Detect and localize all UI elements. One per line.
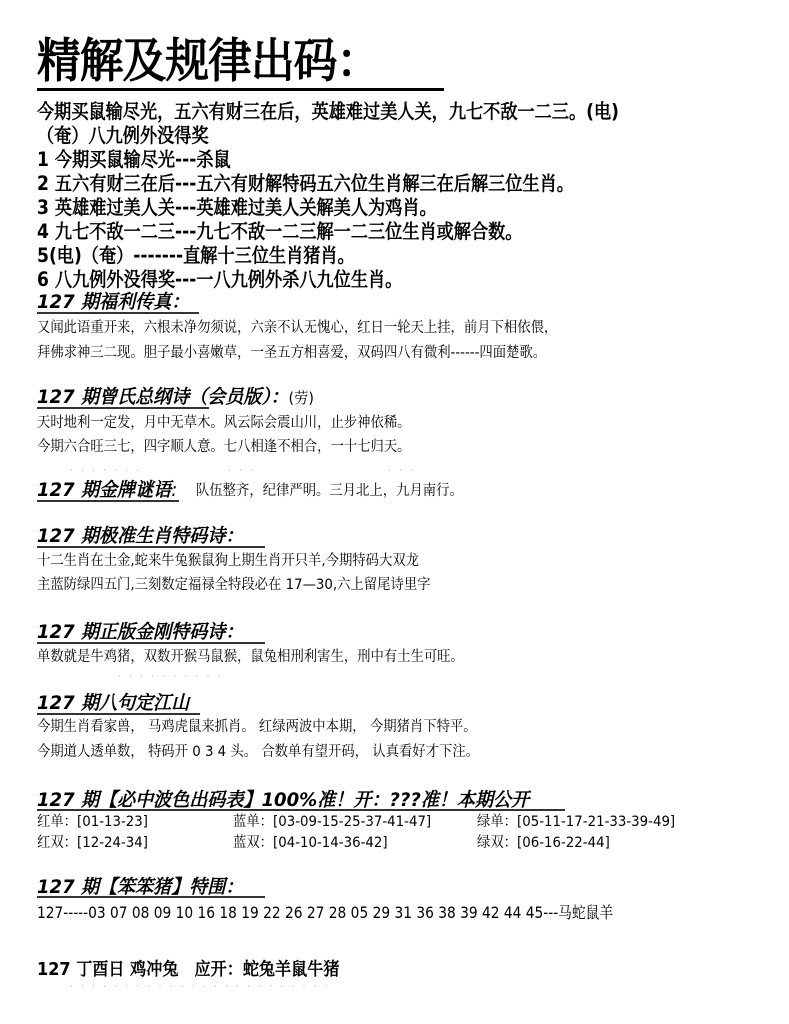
section-heading-jizhun: 127 期极准生肖特码诗： (37, 525, 243, 547)
jinpai-heading-text: 127 期金牌谜语 (37, 479, 171, 501)
wave-label: 红单： (37, 814, 77, 830)
rule-item-2: 2 五六有财三在后---五六有财解特码五六位生肖解三在后解三位生肖。 (37, 172, 574, 196)
wave-label: 绿双： (477, 835, 517, 851)
intro-line-2: （奄）八九例外没得奖 (37, 124, 209, 148)
wave-value: [01-13-23] (77, 814, 148, 830)
title-underline (37, 88, 444, 91)
heading-underline (37, 407, 209, 409)
decorative-dots: · · · (228, 466, 256, 475)
footer-line: 127 丁酉日 鸡冲兔 应开：蛇兔羊鼠牛猪 (37, 959, 339, 981)
section-heading-fuli: 127 期福利传真： (37, 291, 189, 313)
bajv-line-2: 今期道人透单数， 特码开 0 3 4 头。 合数单有望开码， 认真看好才下注。 (37, 742, 479, 762)
section-heading-bose: 127 期【必中波色出码表】100%准！开：???准！本期公开 (37, 789, 529, 811)
intro-line-1: 今期买鼠输尽光，五六有财三在后，英雄难过美人关，九七不敌一二三。(电) (37, 100, 619, 124)
jingang-line-1: 单数就是牛鸡猪，双数开猴马鼠猴，鼠兔相刑利害生，刑中有土生可旺。 (37, 647, 464, 667)
section-heading-jinpai: 127 期金牌谜语: (37, 479, 177, 501)
zengshi-line-1: 天时地利一定发，月中无草木。风云际会震山川，止步神依稀。 (37, 413, 411, 433)
heading-underline (37, 312, 199, 314)
section-heading-bajv: 127 期八句定江山 (37, 692, 189, 714)
jizhun-line-2: 主蓝防绿四五门,三刻数定福禄全特段必在 17—30,六上留尾诗里字 (37, 575, 431, 595)
wave-value: [04-10-14-36-42] (273, 835, 388, 851)
jinpai-text: 队伍整齐，纪律严明。三月北上，九月南行。 (196, 481, 463, 501)
fuli-line-2: 拜佛求神三二现。胆子最小喜嫩草，一圣五方相喜爱，双码四八有微利------四面楚… (37, 343, 546, 363)
page-title: 精解及规律出码： (37, 36, 379, 88)
rule-item-6: 6 八九例外没得奖---一八九例外杀八九位生肖。 (37, 268, 402, 292)
wave-green-even: 绿双：[06-16-22-44] (477, 833, 610, 853)
wave-green-odd: 绿单：[05-11-17-21-33-39-49] (477, 812, 675, 832)
decorative-dots: · · · (388, 466, 416, 475)
jizhun-line-1: 十二生肖在土金,蛇来牛兔猴鼠狗上期生肖开只羊,今期特码大双龙 (37, 551, 419, 571)
decorative-dots: · · · · · · · · · · · · · · · · · · · · … (70, 982, 331, 991)
decorative-dots: · · · · · · · · · · (118, 672, 223, 681)
wave-blue-even: 蓝双：[04-10-14-36-42] (233, 833, 388, 853)
wave-value: [06-16-22-44] (517, 835, 610, 851)
wave-label: 绿单： (477, 814, 517, 830)
section-heading-jingang: 127 期正版金刚特码诗： (37, 621, 243, 643)
bajv-line-1: 今期生肖看家兽， 马鸡虎鼠来抓肖。 红绿两波中本期， 今期猪肖下特平。 (37, 717, 477, 737)
wave-red-even: 红双：[12-24-34] (37, 833, 148, 853)
rule-item-5: 5(电)（奄）-------直解十三位生肖猪肖。 (37, 244, 355, 268)
rule-item-1: 1 今期买鼠输尽光---杀鼠 (37, 148, 231, 172)
benzhu-numbers: 127-----03 07 08 09 10 16 18 19 22 26 27… (37, 903, 613, 923)
heading-underline (37, 713, 200, 715)
wave-label: 红双： (37, 835, 77, 851)
section-heading-zengshi: 127 期曾氏总纲诗（会员版）：(劳) (37, 386, 314, 409)
rule-item-3: 3 英雄难过美人关---英雄难过美人关解美人为鸡肖。 (37, 196, 437, 220)
zengshi-heading-text: 127 期曾氏总纲诗（会员版）： (37, 386, 289, 408)
wave-value: [12-24-34] (77, 835, 148, 851)
heading-underline (37, 546, 265, 548)
section-heading-benzhu: 127 期【笨笨猪】特围： (37, 876, 243, 898)
heading-underline (37, 500, 179, 502)
wave-blue-odd: 蓝单：[03-09-15-25-37-41-47] (233, 812, 431, 832)
wave-red-odd: 红单：[01-13-23] (37, 812, 148, 832)
jinpai-colon: : (171, 479, 177, 501)
wave-label: 蓝单： (233, 814, 273, 830)
heading-underline (37, 809, 565, 811)
wave-value: [05-11-17-21-33-39-49] (517, 814, 675, 830)
rule-item-4: 4 九七不敌一二三---九七不敌一二三解一二三位生肖或解合数。 (37, 220, 522, 244)
heading-underline (37, 896, 265, 898)
wave-value: [03-09-15-25-37-41-47] (273, 814, 431, 830)
heading-underline (37, 642, 265, 644)
wave-label: 蓝双： (233, 835, 273, 851)
fuli-line-1: 又闻此语重开来，六根未净勿须说，六亲不认无愧心，红日一轮天上挂，前月下相依偎， (37, 318, 557, 338)
zengshi-line-2: 今期六合旺三七，四字顺人意。七八相逢不相合，一十七归天。 (37, 437, 411, 457)
zengshi-heading-suffix: (劳) (289, 389, 314, 407)
decorative-dots: · · · · · · · (70, 466, 142, 475)
